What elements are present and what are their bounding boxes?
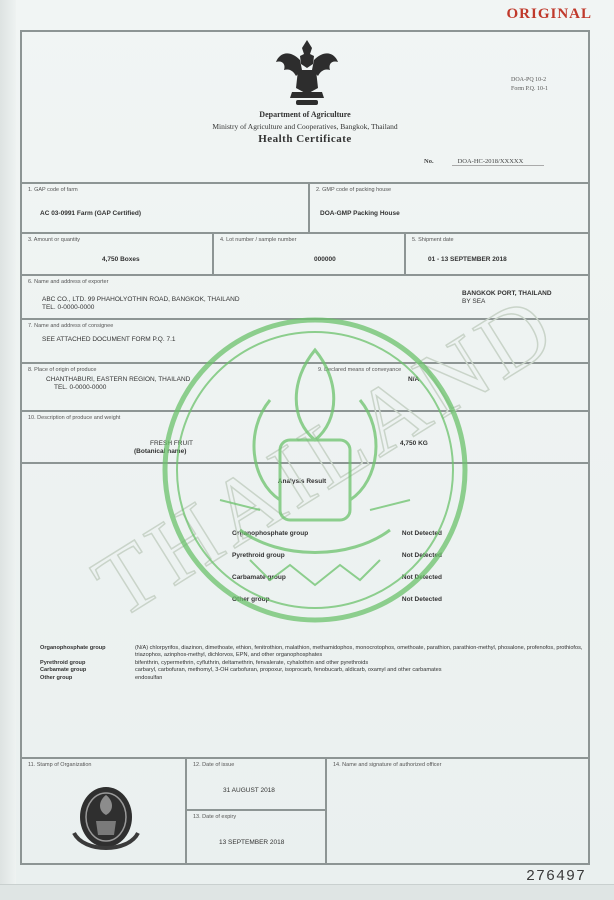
field-value: 4,750 Boxes bbox=[102, 256, 140, 263]
group-compounds: bifenthrin, cypermethrin, cyfluthrin, de… bbox=[135, 660, 590, 667]
analysis-result: Not Detected bbox=[402, 530, 442, 537]
analysis-result: Not Detected bbox=[402, 596, 442, 603]
original-stamp: ORIGINAL bbox=[506, 6, 592, 23]
field-label: 14. Name and signature of authorized off… bbox=[333, 762, 441, 768]
form-code: DOA-PQ 10-2 Form P.Q. 10-1 bbox=[511, 76, 548, 94]
organization-seal-icon bbox=[66, 777, 146, 859]
garuda-emblem-icon bbox=[274, 38, 340, 108]
row-gap-gmp: 1. GAP code of farm AC 03-0991 Farm (GAP… bbox=[22, 182, 588, 232]
field-value: (Botanical name) bbox=[134, 448, 186, 455]
page-edge bbox=[0, 0, 16, 900]
analysis-row: Organophosphate groupNot Detected bbox=[232, 530, 442, 537]
group-compounds: (N/A) chlorpyrifos, diazinon, dimethoate… bbox=[135, 645, 590, 660]
certificate-page: ORIGINAL DOA-PQ 10-2 Form P.Q. 10-1 Depa… bbox=[0, 0, 614, 900]
analysis-group: Other group bbox=[232, 596, 270, 603]
analysis-row: Pyrethroid groupNot Detected bbox=[232, 552, 442, 559]
pesticide-group-list: Organophosphate group(N/A) chlorpyrifos,… bbox=[40, 645, 590, 682]
field-origin: 8. Place of origin of produce CHANTHABUR… bbox=[22, 364, 588, 410]
weight-value: 4,750 KG bbox=[400, 440, 428, 447]
field-label: 8. Place of origin of produce bbox=[28, 367, 97, 373]
date-of-issue-value: 31 AUGUST 2018 bbox=[223, 787, 275, 794]
row-footer: 11. Stamp of Organization 12. Date of is… bbox=[22, 757, 588, 863]
analysis-row: Other groupNot Detected bbox=[232, 596, 442, 603]
field-label: 6. Name and address of exporter bbox=[28, 279, 108, 285]
means-of-transport: BY SEA bbox=[462, 298, 485, 305]
analysis-result: Not Detected bbox=[402, 552, 442, 559]
field-label: 7. Name and address of consignee bbox=[28, 323, 113, 329]
group-name: Organophosphate group bbox=[40, 645, 135, 660]
field-exporter: 6. Name and address of exporter ABC CO.,… bbox=[22, 276, 588, 318]
field-value: ABC CO., LTD. 99 PHAHOLYOTHIN ROAD, BANG… bbox=[42, 296, 240, 303]
group-compounds: endosulfan bbox=[135, 675, 590, 682]
field-date-of-issue: 12. Date of issue 31 AUGUST 2018 bbox=[187, 759, 325, 811]
field-shipment-date: 5. Shipment date 01 - 13 SEPTEMBER 2018 bbox=[404, 234, 588, 274]
group-row: Organophosphate group(N/A) chlorpyrifos,… bbox=[40, 645, 590, 660]
field-description: 10. Description of produce and weight FR… bbox=[22, 412, 588, 462]
certificate-number: No.DOA-HC-2018/XXXXX bbox=[424, 158, 544, 166]
field-value: SEE ATTACHED DOCUMENT FORM P.Q. 7.1 bbox=[42, 336, 176, 343]
field-value: TEL. 0-0000-0000 bbox=[54, 384, 106, 391]
form-code-line: DOA-PQ 10-2 bbox=[511, 76, 548, 85]
field-gmp-code: 2. GMP code of packing house DOA-GMP Pac… bbox=[308, 184, 588, 232]
analysis-group: Carbamate group bbox=[232, 574, 286, 581]
certificate-title: Health Certificate bbox=[22, 133, 588, 145]
field-value: FRESH FRUIT bbox=[150, 440, 193, 447]
page-bottom-edge bbox=[0, 884, 614, 900]
field-value: TEL. 0-0000-0000 bbox=[42, 304, 94, 311]
field-label: 13. Date of expiry bbox=[193, 814, 236, 820]
row-quantity: 3. Amount or quantity 4,750 Boxes 4. Lot… bbox=[22, 232, 588, 274]
date-of-expiry-value: 13 SEPTEMBER 2018 bbox=[219, 839, 284, 846]
row-origin: 8. Place of origin of produce CHANTHABUR… bbox=[22, 362, 588, 410]
field-lot-number: 4. Lot number / sample number 000000 bbox=[212, 234, 404, 274]
group-row: Pyrethroid groupbifenthrin, cypermethrin… bbox=[40, 660, 590, 667]
field-value: N/A bbox=[408, 376, 419, 383]
field-label: 2. GMP code of packing house bbox=[316, 187, 391, 193]
row-exporter: 6. Name and address of exporter ABC CO.,… bbox=[22, 274, 588, 318]
group-name: Pyrethroid group bbox=[40, 660, 135, 667]
field-quantity: 3. Amount or quantity 4,750 Boxes bbox=[22, 234, 212, 274]
field-dates: 12. Date of issue 31 AUGUST 2018 13. Dat… bbox=[185, 759, 325, 863]
certificate-frame: DOA-PQ 10-2 Form P.Q. 10-1 Department of… bbox=[20, 30, 590, 865]
field-organization-stamp: 11. Stamp of Organization bbox=[22, 759, 185, 863]
analysis-group: Pyrethroid group bbox=[232, 552, 285, 559]
certificate-header: DOA-PQ 10-2 Form P.Q. 10-1 Department of… bbox=[22, 32, 588, 182]
certificate-number-label: No. bbox=[424, 158, 434, 165]
row-consignee: 7. Name and address of consignee SEE ATT… bbox=[22, 318, 588, 362]
row-analysis: Analysis Result Organophosphate groupNot… bbox=[22, 462, 588, 757]
group-row: Carbamate groupcarbaryl, carbofuran, met… bbox=[40, 667, 590, 674]
certificate-number-value: DOA-HC-2018/XXXXX bbox=[452, 158, 544, 166]
analysis-row: Carbamate groupNot Detected bbox=[232, 574, 442, 581]
field-label: 3. Amount or quantity bbox=[28, 237, 80, 243]
department-name: Department of Agriculture bbox=[22, 110, 588, 119]
field-value: DOA-GMP Packing House bbox=[320, 210, 400, 217]
row-description: 10. Description of produce and weight FR… bbox=[22, 410, 588, 462]
port-of-loading: BANGKOK PORT, THAILAND bbox=[462, 290, 552, 297]
field-label: 5. Shipment date bbox=[412, 237, 454, 243]
field-label: 4. Lot number / sample number bbox=[220, 237, 296, 243]
serial-number: 276497 bbox=[526, 868, 586, 885]
field-value: CHANTHABURI, EASTERN REGION, THAILAND bbox=[46, 376, 190, 383]
field-date-of-expiry: 13. Date of expiry 13 SEPTEMBER 2018 bbox=[187, 811, 325, 863]
field-gap-code: 1. GAP code of farm AC 03-0991 Farm (GAP… bbox=[22, 184, 308, 232]
form-code-line: Form P.Q. 10-1 bbox=[511, 85, 548, 94]
field-authorized-officer: 14. Name and signature of authorized off… bbox=[325, 759, 588, 863]
field-label: 12. Date of issue bbox=[193, 762, 234, 768]
ministry-name: Ministry of Agriculture and Cooperatives… bbox=[22, 122, 588, 131]
field-label: 9. Declared means of conveyance bbox=[318, 367, 401, 373]
group-row: Other groupendosulfan bbox=[40, 675, 590, 682]
field-value: 000000 bbox=[314, 256, 336, 263]
group-name: Other group bbox=[40, 675, 135, 682]
field-value: AC 03-0991 Farm (GAP Certified) bbox=[40, 210, 141, 217]
group-name: Carbamate group bbox=[40, 667, 135, 674]
analysis-group: Organophosphate group bbox=[232, 530, 308, 537]
field-value: 01 - 13 SEPTEMBER 2018 bbox=[428, 256, 507, 263]
field-label: 10. Description of produce and weight bbox=[28, 415, 120, 421]
field-consignee: 7. Name and address of consignee SEE ATT… bbox=[22, 320, 588, 362]
group-compounds: carbaryl, carbofuran, methomyl, 3-OH car… bbox=[135, 667, 590, 674]
field-label: 1. GAP code of farm bbox=[28, 187, 78, 193]
analysis-heading: Analysis Result bbox=[202, 478, 402, 485]
analysis-result: Not Detected bbox=[402, 574, 442, 581]
field-label: 11. Stamp of Organization bbox=[28, 762, 92, 768]
